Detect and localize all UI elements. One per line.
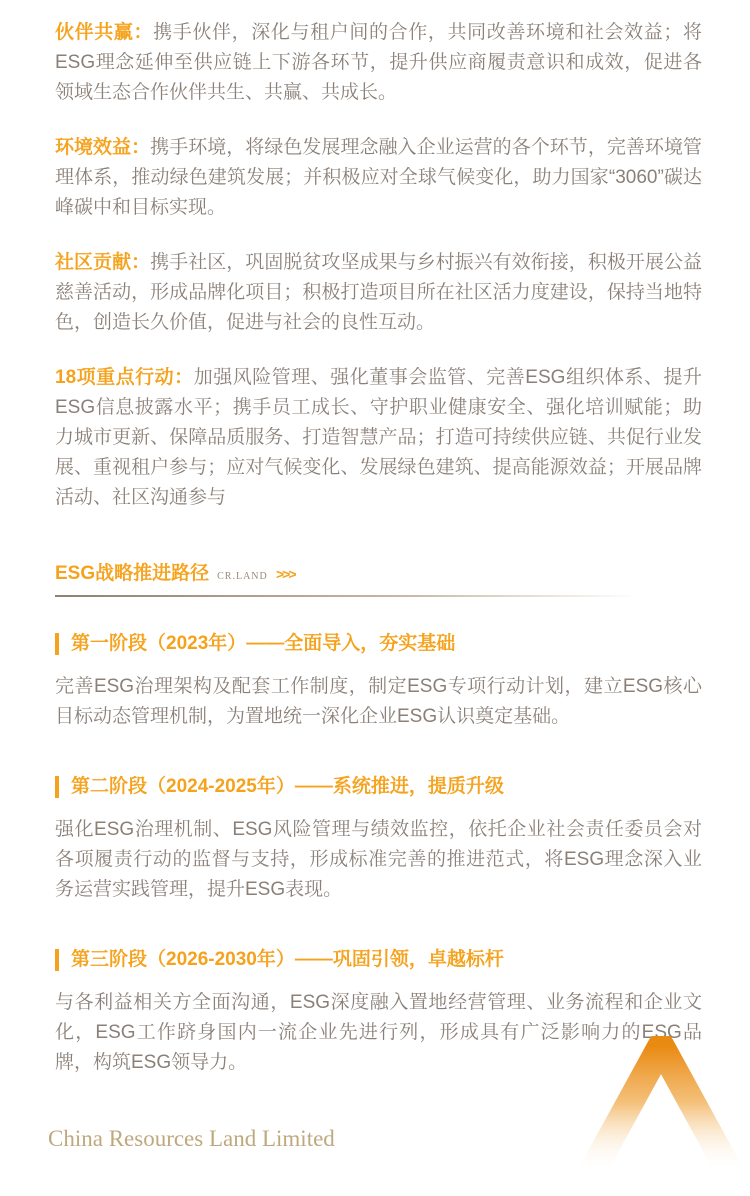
paragraph-text: 加强风险管理、强化董事会监管、完善ESG组织体系、提升ESG信息披露水平；携手员… <box>55 367 702 508</box>
paragraph-label: 伙伴共赢： <box>55 22 153 43</box>
paragraph-label: 18项重点行动： <box>55 367 194 388</box>
phase-1-title: 第一阶段（2023年）——全面导入，夯实基础 <box>55 633 702 655</box>
paragraph-environment-benefit: 环境效益：携手环境，将绿色发展理念融入企业运营的各个环节，完善环境管理体系，推动… <box>55 133 702 223</box>
paragraph-text: 携手社区，巩固脱贫攻坚成果与乡村振兴有效衔接，积极开展公益慈善活动，形成品牌化项… <box>55 252 702 333</box>
crland-brand-label: CR.LAND <box>217 571 268 582</box>
triple-chevron-icon: >>> <box>276 566 295 582</box>
phase-block-1: 第一阶段（2023年）——全面导入，夯实基础 完善ESG治理架构及配套工作制度，… <box>55 633 702 732</box>
section-title: ESG战略推进路径 <box>55 558 209 585</box>
phase-1-body: 完善ESG治理架构及配套工作制度，制定ESG专项行动计划，建立ESG核心目标动态… <box>55 672 702 732</box>
crland-peak-logo-icon <box>576 1036 746 1172</box>
paragraph-18-key-actions: 18项重点行动：加强风险管理、强化董事会监管、完善ESG组织体系、提升ESG信息… <box>55 363 702 513</box>
section-divider <box>55 595 702 597</box>
page-content: 伙伴共赢：携手伙伴，深化与租户间的合作，共同改善环境和社会效益；将ESG理念延伸… <box>0 0 750 1078</box>
paragraph-partner-winwin: 伙伴共赢：携手伙伴，深化与租户间的合作，共同改善环境和社会效益；将ESG理念延伸… <box>55 18 702 108</box>
paragraph-text: 携手伙伴，深化与租户间的合作，共同改善环境和社会效益；将ESG理念延伸至供应链上… <box>55 22 702 103</box>
section-header-esg-strategy-path: ESG战略推进路径 CR.LAND >>> <box>55 558 702 585</box>
phase-2-title: 第二阶段（2024-2025年）——系统推进，提质升级 <box>55 776 702 798</box>
footer-company-wordmark: China Resources Land Limited <box>48 1126 335 1152</box>
phase-block-2: 第二阶段（2024-2025年）——系统推进，提质升级 强化ESG治理机制、ES… <box>55 776 702 905</box>
paragraph-label: 社区贡献： <box>55 252 150 273</box>
paragraph-community-contribution: 社区贡献：携手社区，巩固脱贫攻坚成果与乡村振兴有效衔接，积极开展公益慈善活动，形… <box>55 248 702 338</box>
phase-2-body: 强化ESG治理机制、ESG风险管理与绩效监控，依托企业社会责任委员会对各项履责行… <box>55 815 702 905</box>
paragraph-label: 环境效益： <box>55 137 150 158</box>
paragraph-text: 携手环境，将绿色发展理念融入企业运营的各个环节，完善环境管理体系，推动绿色建筑发… <box>55 137 702 218</box>
phase-3-title: 第三阶段（2026-2030年）——巩固引领，卓越标杆 <box>55 949 702 971</box>
